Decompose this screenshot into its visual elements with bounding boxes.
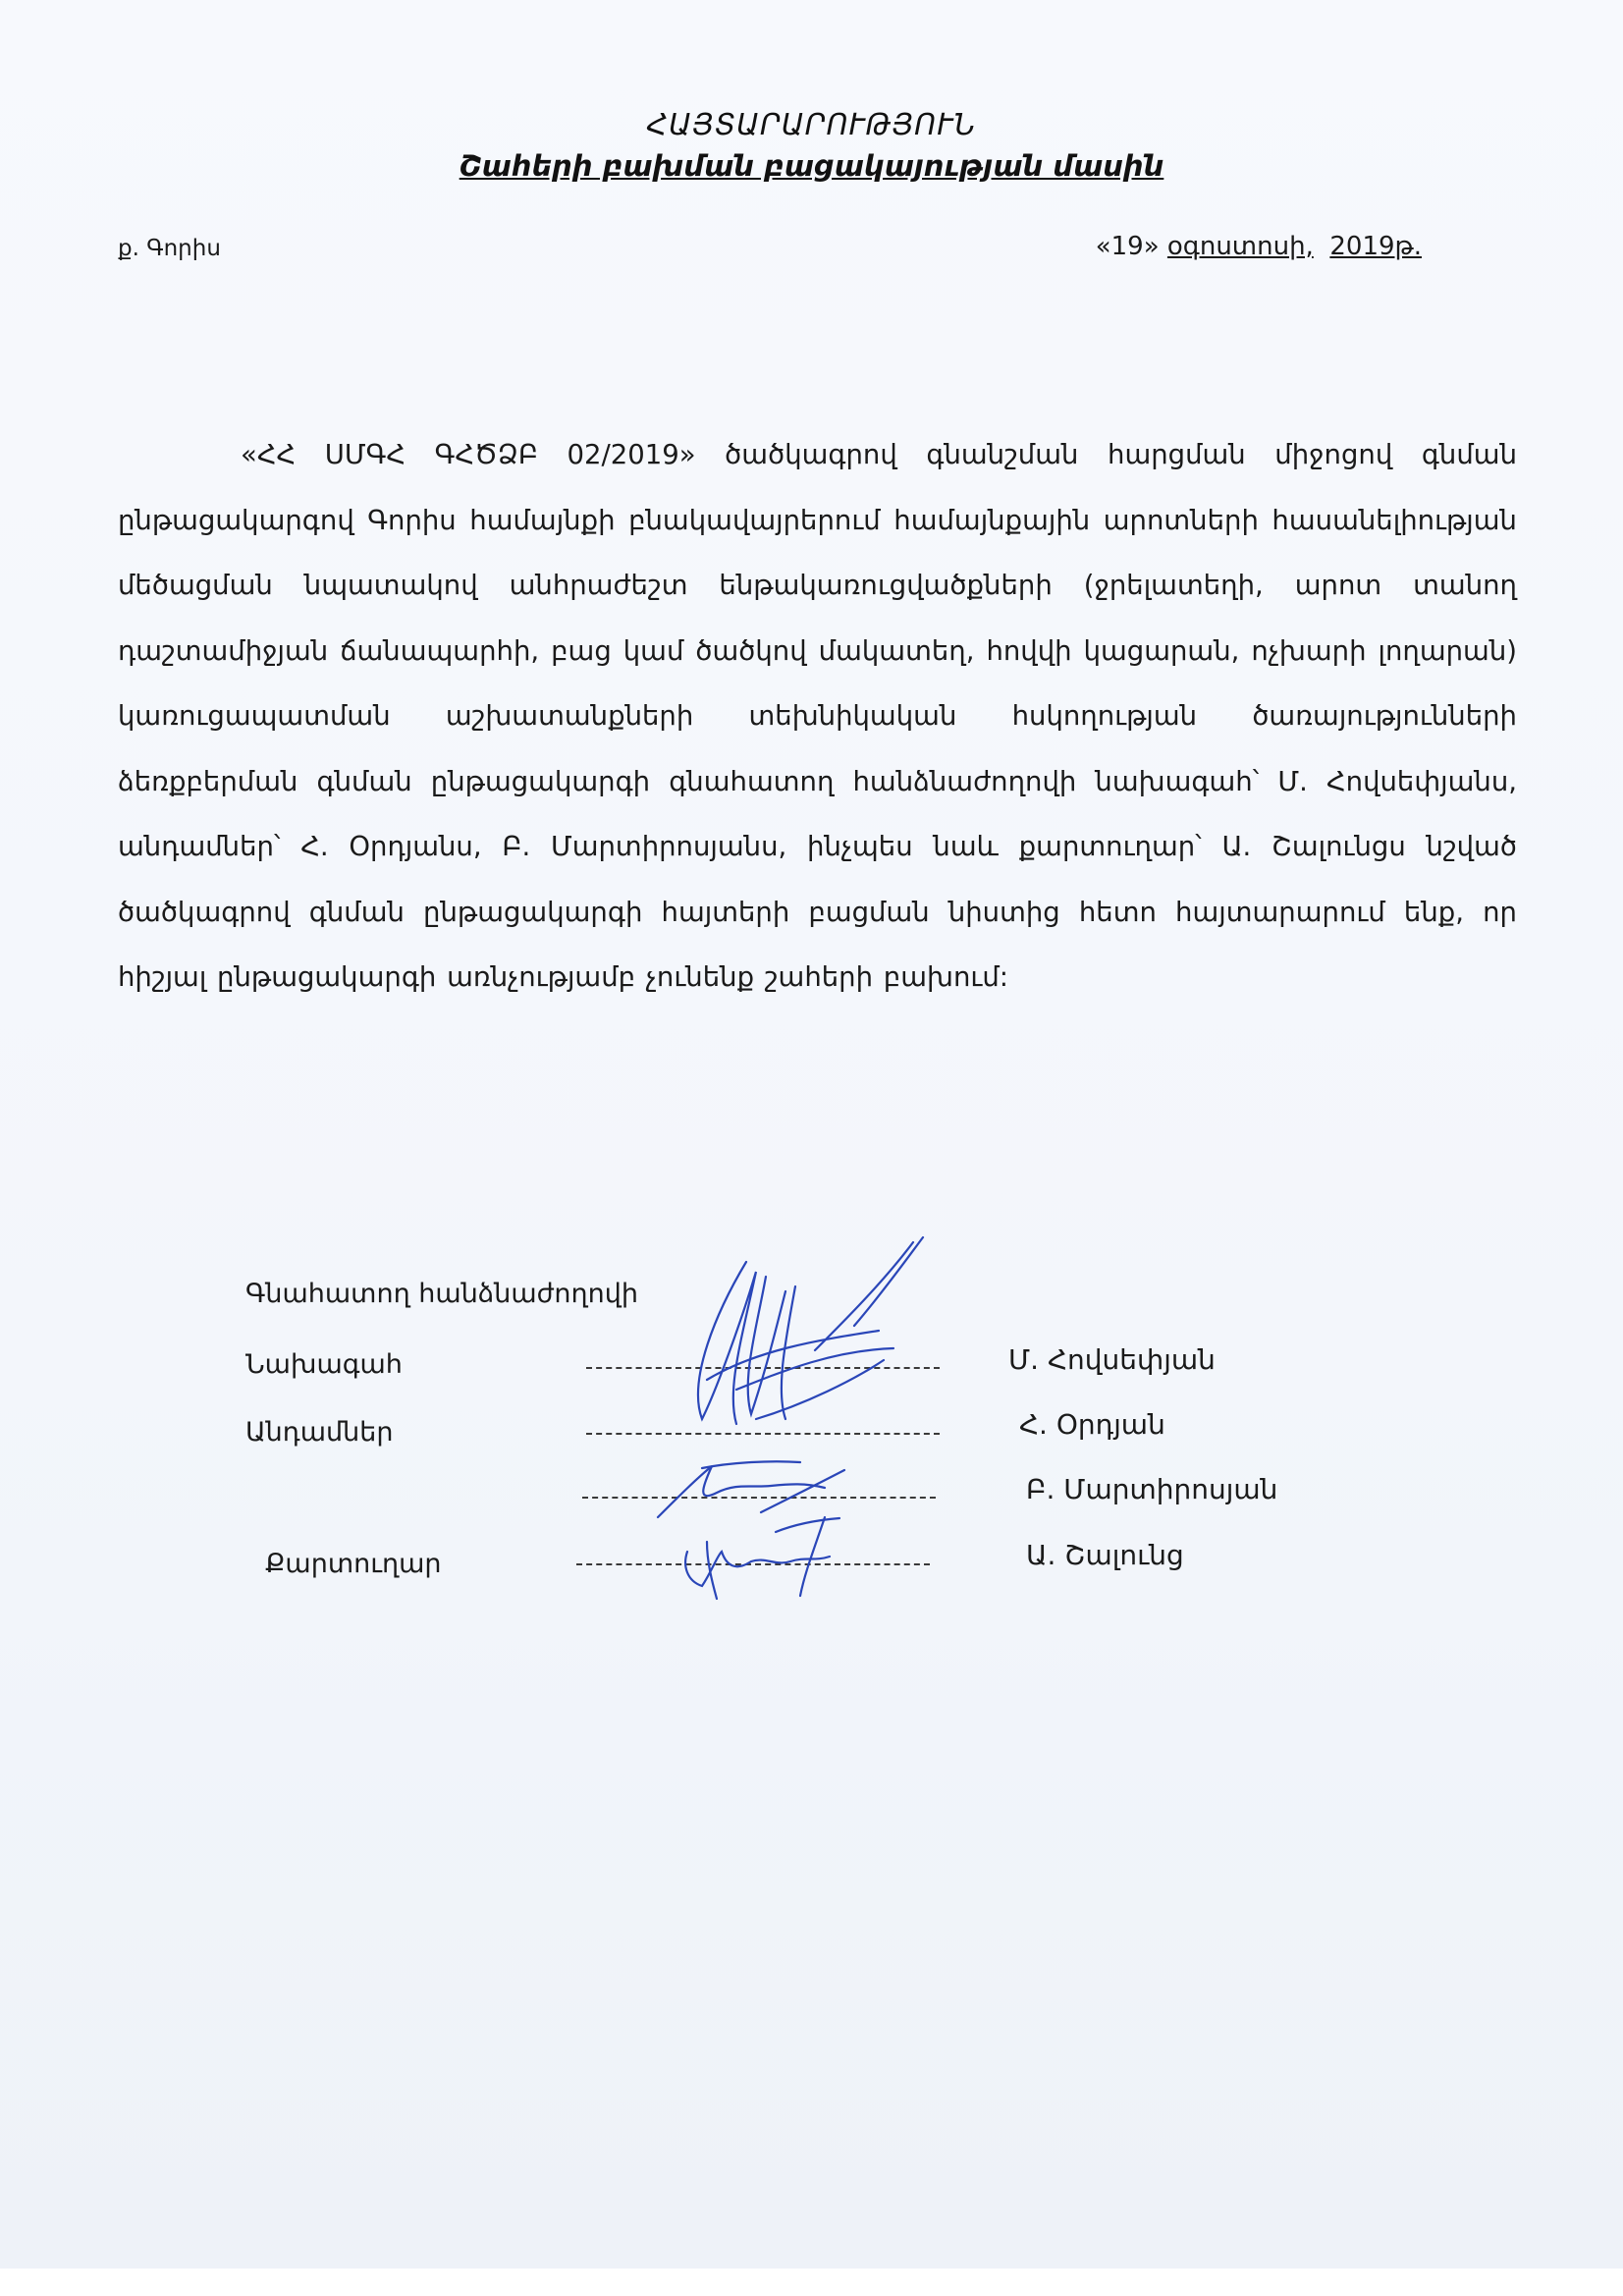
signature-chairman-icon <box>648 1232 943 1439</box>
name-member-2: Բ. Մարտիրոսյան <box>1026 1473 1277 1505</box>
document-subtitle: Շահերի բախման բացակայության մասին <box>0 149 1623 183</box>
date-year: 2019թ. <box>1329 232 1422 261</box>
date-month: օգոստոսի, <box>1167 232 1314 261</box>
signature-secretary-icon <box>668 1512 864 1601</box>
role-members: Անդամներ <box>245 1417 393 1448</box>
role-secretary: Քարտուղար <box>265 1549 442 1579</box>
name-chairman: Մ. Հովսեփյան <box>1008 1343 1216 1376</box>
document-page <box>0 0 1623 2269</box>
name-member-1: Հ. Օրդյան <box>1019 1408 1165 1441</box>
role-chairman: Նախագահ <box>245 1349 403 1380</box>
document-title: ՀԱՅՏԱՐԱՐՈՒԹՅՈՒՆ <box>0 108 1623 142</box>
scan-bottom-margin <box>0 2269 1623 2296</box>
document-date: «19» օգոստոսի, 2019թ. <box>1096 232 1422 261</box>
date-day: «19» <box>1096 232 1160 261</box>
declaration-body: «ՀՀ ՍՄԳՀ ԳՀԾՁԲ 02/2019» ծածկագրով գնանշմ… <box>118 422 1517 1011</box>
document-place: ք. Գորիս <box>118 236 221 261</box>
name-secretary: Ա. Շալունց <box>1026 1539 1184 1571</box>
committee-label: Գնահատող հանձնաժողովի <box>245 1279 638 1309</box>
